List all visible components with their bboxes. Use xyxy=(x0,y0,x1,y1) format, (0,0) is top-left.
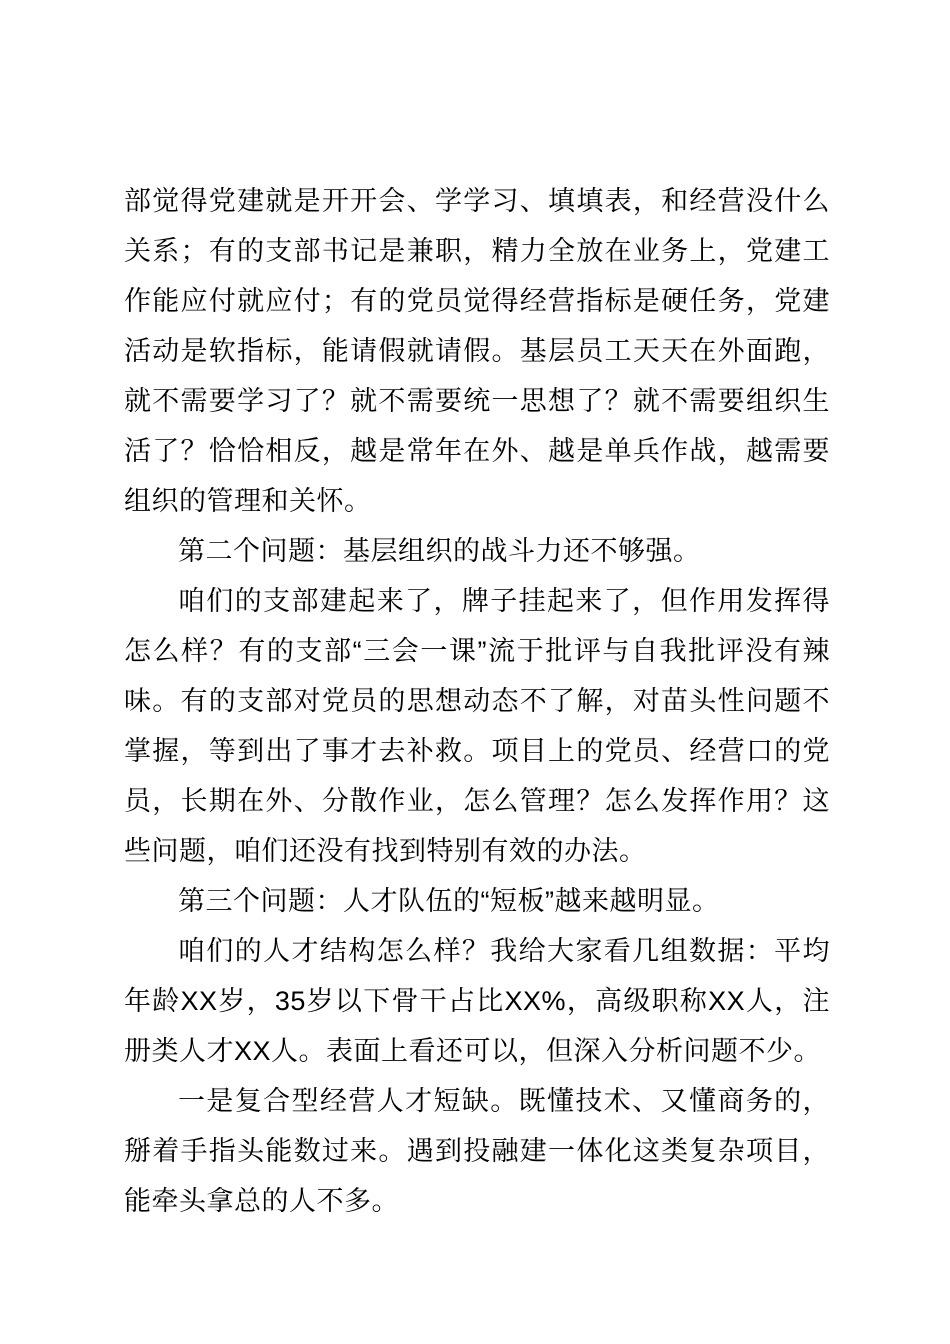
document-page: 部觉得党建就是开开会、学学习、填填表，和经营没什么关系；有的支部书记是兼职，精力… xyxy=(0,0,950,1344)
document-text-block: 部觉得党建就是开开会、学学习、填填表，和经营没什么关系；有的支部书记是兼职，精力… xyxy=(124,176,830,1226)
paragraph: 一是复合型经营人才短缺。既懂技术、又懂商务的，掰着手指头能数过来。遇到投融建一体… xyxy=(124,1076,830,1226)
paragraph: 第三个问题：人才队伍的“短板”越来越明显。 xyxy=(124,876,830,926)
paragraph: 咱们的人才结构怎么样？我给大家看几组数据：平均年龄XX岁，35岁以下骨干占比XX… xyxy=(124,926,830,1076)
paragraph: 部觉得党建就是开开会、学学习、填填表，和经营没什么关系；有的支部书记是兼职，精力… xyxy=(124,176,830,526)
paragraph: 第二个问题：基层组织的战斗力还不够强。 xyxy=(124,526,830,576)
paragraph: 咱们的支部建起来了，牌子挂起来了，但作用发挥得怎么样？有的支部“三会一课”流于批… xyxy=(124,576,830,876)
